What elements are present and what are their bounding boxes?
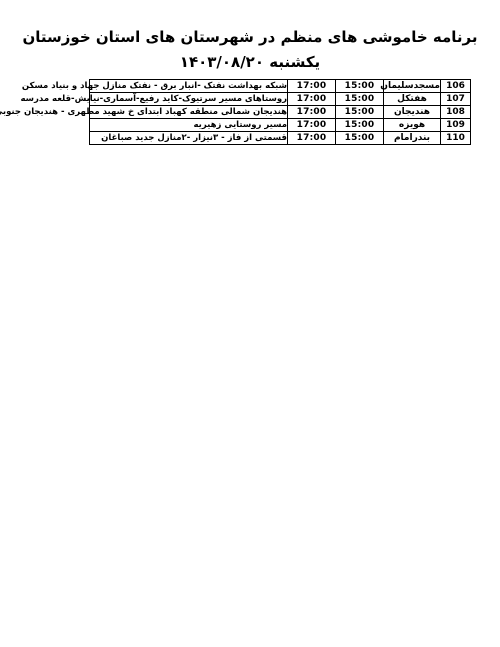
city-cell: مسجدسلیمان — [384, 80, 441, 93]
area-cell: مسیر روستایی زهیریه — [90, 119, 288, 132]
table-row: 106 مسجدسلیمان 15:00 17:00 شبکه بهداشت ن… — [90, 80, 471, 93]
area-cell: روستاهای مسیر سرتیوک-کاید رفیع-آسماری-نی… — [90, 93, 288, 106]
end-time-cell: 17:00 — [288, 93, 336, 106]
blackout-schedule-table: 106 مسجدسلیمان 15:00 17:00 شبکه بهداشت ن… — [89, 79, 471, 145]
row-number-cell: 108 — [441, 106, 471, 119]
end-time-cell: 17:00 — [288, 106, 336, 119]
row-number-cell: 109 — [441, 119, 471, 132]
end-time-cell: 17:00 — [288, 132, 336, 145]
document-page: برنامه خاموشی های منظم در شهرستان های اس… — [0, 0, 500, 647]
row-number-cell: 106 — [441, 80, 471, 93]
table-row: 109 هویزه 15:00 17:00 مسیر روستایی زهیری… — [90, 119, 471, 132]
start-time-cell: 15:00 — [336, 132, 384, 145]
row-number-cell: 107 — [441, 93, 471, 106]
start-time-cell: 15:00 — [336, 80, 384, 93]
start-time-cell: 15:00 — [336, 93, 384, 106]
table-row: 108 هندیجان 15:00 17:00 هندیجان شمالی من… — [90, 106, 471, 119]
end-time-cell: 17:00 — [288, 119, 336, 132]
city-cell: هویزه — [384, 119, 441, 132]
document-date: یکشنبه ۱۴۰۳/۰۸/۲۰ — [0, 51, 500, 74]
city-cell: هندیجان — [384, 106, 441, 119]
start-time-cell: 15:00 — [336, 106, 384, 119]
row-number-cell: 110 — [441, 132, 471, 145]
city-cell: بندرامام — [384, 132, 441, 145]
city-cell: هفتکل — [384, 93, 441, 106]
area-cell: قسمتی از فاز - ۳نیزار -۲منازل جدید صباغا… — [90, 132, 288, 145]
start-time-cell: 15:00 — [336, 119, 384, 132]
area-cell: هندیجان شمالی منطقه کهباد ابتدای خ شهید … — [90, 106, 288, 119]
end-time-cell: 17:00 — [288, 80, 336, 93]
table-row: 107 هفتکل 15:00 17:00 روستاهای مسیر سرتی… — [90, 93, 471, 106]
area-cell: شبکه بهداشت نفتک -انبار برق - نفتک منازل… — [90, 80, 288, 93]
document-title: برنامه خاموشی های منظم در شهرستان های اس… — [0, 26, 500, 49]
table-row: 110 بندرامام 15:00 17:00 قسمتی از فاز - … — [90, 132, 471, 145]
